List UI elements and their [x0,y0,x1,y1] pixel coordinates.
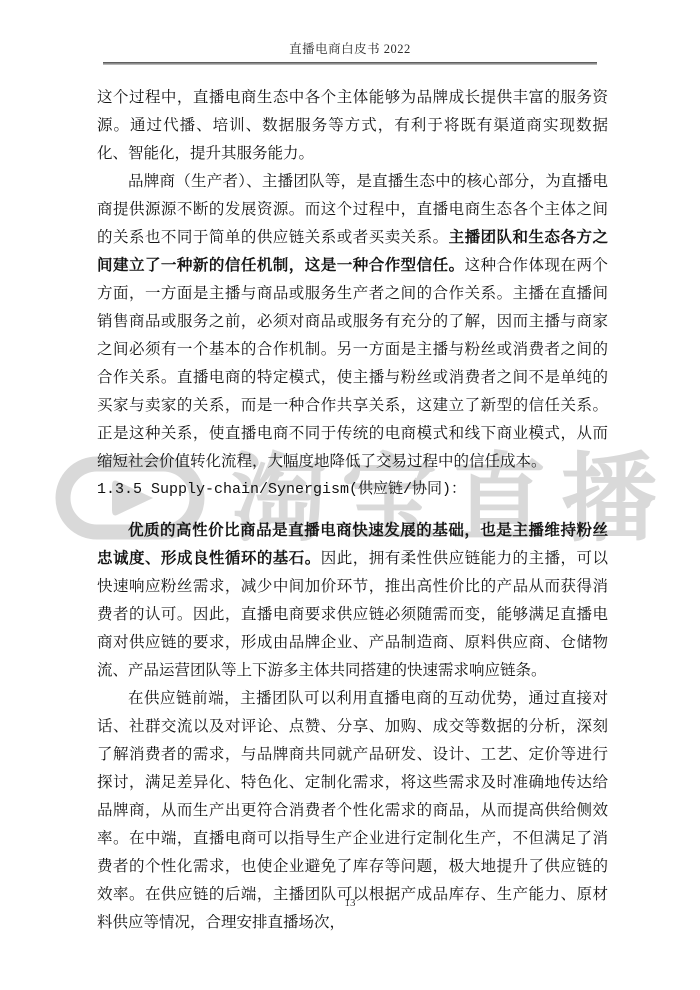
text-run: 因此，拥有柔性供应链能力的主播，可以快速响应粉丝需求，减少中间加价环节，推出高性… [97,550,608,679]
document-page: 直播电商白皮书 2022 淘宝直播 这个过程中，直播电商生态中各个主体能够为品牌… [0,0,700,990]
text-run: 这种合作体现在两个方面，一方面是主播与商品或服务生产者之间的合作关系。主播在直播… [97,257,608,470]
text-run: 这个过程中，直播电商生态中各个主体能够为品牌成长提供丰富的服务资源。通过代播、培… [97,89,608,162]
document-body: 这个过程中，直播电商生态中各个主体能够为品牌成长提供丰富的服务资源。通过代播、培… [97,84,608,937]
body-paragraph: 优质的高性价比商品是直播电商快速发展的基础，也是主播维持粉丝忠诚度、形成良性循环… [97,517,608,685]
body-paragraph: 这个过程中，直播电商生态中各个主体能够为品牌成长提供丰富的服务资源。通过代播、培… [97,84,608,168]
text-run: 1.3.5 Supply-chain/Synergism(供应链/协同)： [97,481,466,498]
body-paragraph: 品牌商（生产者）、主播团队等，是直播生态中的核心部分，为直播电商提供源源不断的发… [97,168,608,476]
page-header-title: 直播电商白皮书 2022 [0,41,700,57]
body-paragraph: 在供应链前端，主播团队可以利用直播电商的互动优势，通过直接对话、社群交流以及对评… [97,685,608,937]
text-run: 在供应链前端，主播团队可以利用直播电商的互动优势，通过直接对话、社群交流以及对评… [97,690,608,931]
section-heading: 1.3.5 Supply-chain/Synergism(供应链/协同)： [97,476,608,504]
header-rule [103,62,597,65]
